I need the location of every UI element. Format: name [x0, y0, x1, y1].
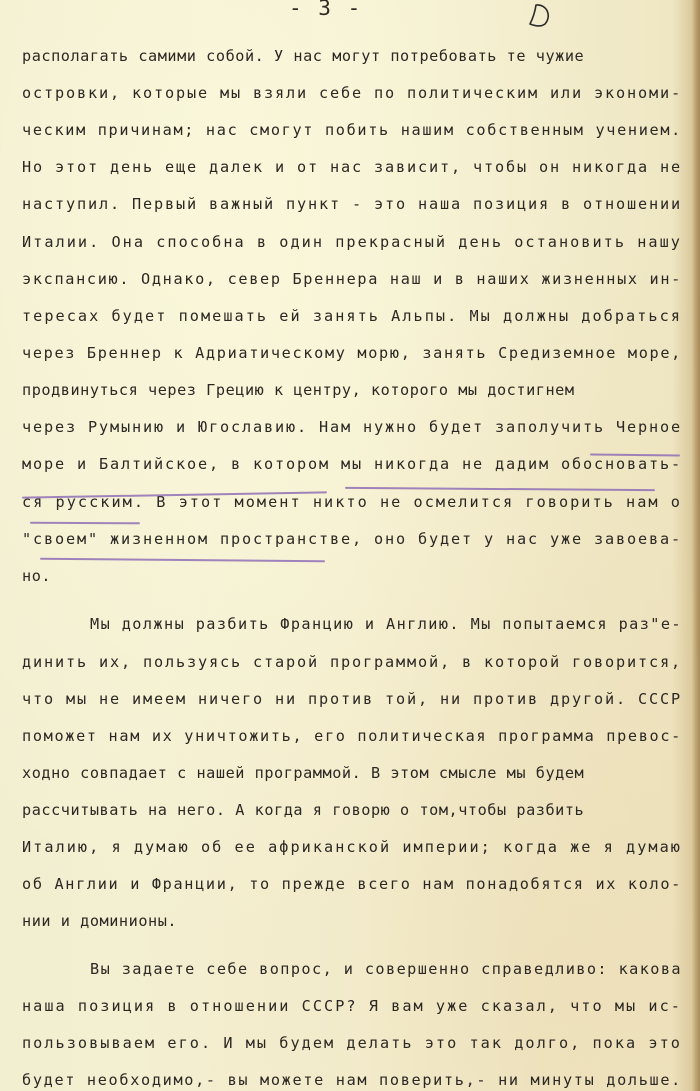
page-edge — [692, 0, 700, 1091]
text-line: рассчитывать на него. А когда я говорю о… — [22, 800, 584, 820]
text-line: экспансию. Однако, север Бреннера наш и … — [22, 269, 682, 289]
underline-annotation — [345, 487, 655, 491]
underline-annotation — [30, 522, 140, 525]
text-line: Италии. Она способна в один прекрасный д… — [22, 232, 682, 252]
text-line: через Румынию и Югославию. Нам нужно буд… — [22, 417, 682, 437]
text-line: об Англии и Франции, то прежде всего нам… — [22, 874, 682, 894]
text-line: наступил. Первый важный пункт - это наша… — [22, 194, 682, 214]
text-line: тересах будет помешать ей занять Альпы. … — [22, 306, 682, 326]
text-line: островки, которые мы взяли себе по полит… — [22, 83, 682, 103]
text-line: продвинуться через Грецию к центру, кото… — [22, 380, 575, 400]
document-page: - 3 - располагать самими собой. У нас мо… — [0, 0, 700, 1091]
text-line: располагать самими собой. У нас могут по… — [22, 46, 584, 66]
text-line: "своем" жизненном пространстве, оно буде… — [22, 529, 682, 549]
text-line: ческим причинам; нас смогут побить нашим… — [22, 120, 682, 140]
text-line: поможет нам их уничтожить, его политичес… — [22, 726, 682, 746]
underline-annotation — [40, 558, 325, 562]
text-line: ходно совпадает с нашей программой. В эт… — [22, 763, 584, 783]
text-line: будет необходимо,- вы можете нам поверит… — [22, 1070, 682, 1090]
page-number: - 3 - — [289, 0, 362, 20]
text-line: Но этот день еще далек и от нас зависит,… — [22, 157, 682, 177]
text-line: Мы должны разбить Францию и Англию. Мы п… — [90, 614, 682, 634]
handwritten-mark-icon — [527, 2, 553, 28]
text-line: динить их, пользуясь старой программой, … — [22, 652, 682, 672]
text-line: пользовываем его. И мы будем делать это … — [22, 1033, 682, 1053]
text-line: море и Балтийское, в котором мы никогда … — [22, 454, 682, 474]
text-line: Вы задаете себе вопрос, и совершенно спр… — [90, 959, 682, 979]
text-line: Италию, я думаю об ее африканской импери… — [22, 837, 682, 857]
text-line: через Бреннер к Адриатическому морю, зан… — [22, 343, 682, 363]
text-line: но. — [22, 566, 51, 586]
text-line: нии и доминионы. — [22, 911, 177, 931]
text-line: что мы не имеем ничего ни против той, ни… — [22, 689, 682, 709]
text-line: наша позиция в отношении СССР? Я вам уже… — [22, 996, 682, 1016]
